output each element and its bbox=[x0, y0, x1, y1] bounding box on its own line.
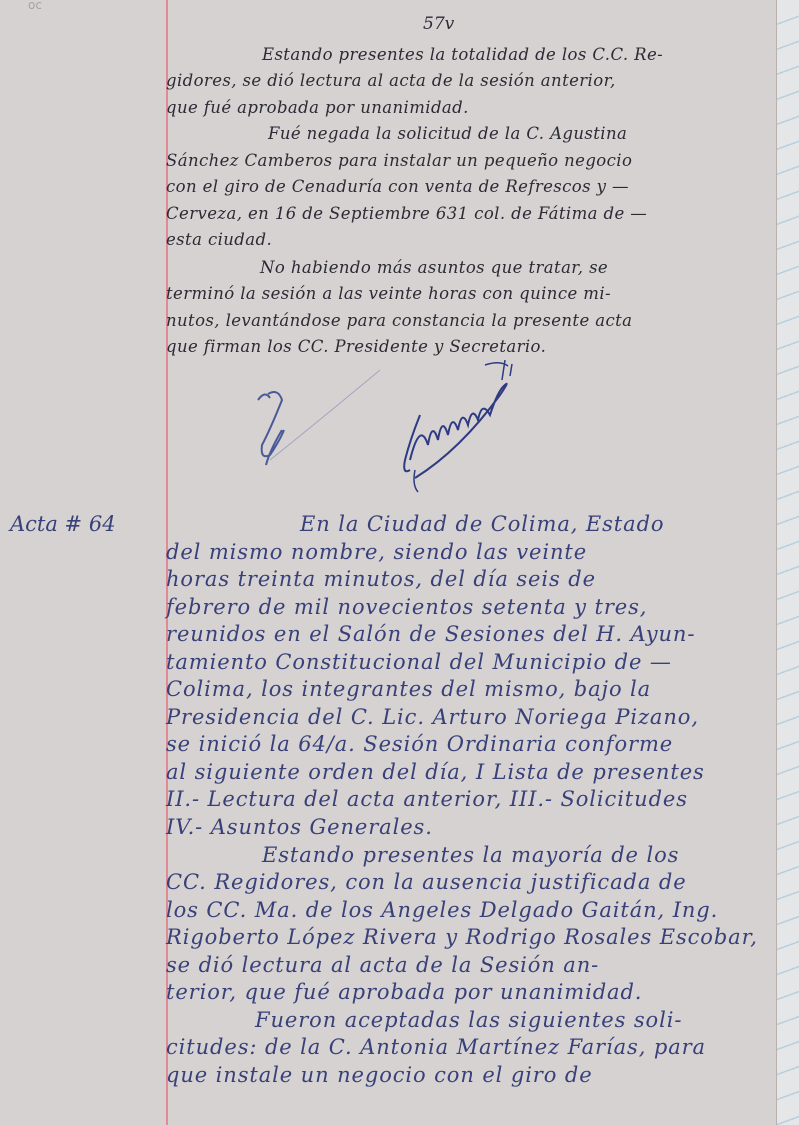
text-line: nutos, levantándose para constancia la p… bbox=[166, 311, 632, 330]
text-line: Fué negada la solicitud de la C. Agustin… bbox=[268, 124, 627, 143]
text-line: Colima, los integrantes del mismo, bajo … bbox=[166, 677, 651, 701]
text-line: que fué aprobada por unanimidad. bbox=[166, 98, 469, 117]
text-line: IV.- Asuntos Generales. bbox=[166, 815, 433, 839]
text-line: Estando presentes la mayoría de los bbox=[262, 843, 679, 867]
text-line: CC. Regidores, con la ausencia justifica… bbox=[166, 870, 687, 894]
text-line: los CC. Ma. de los Angeles Delgado Gaitá… bbox=[166, 898, 718, 922]
text-line: reunidos en el Salón de Sesiones del H. … bbox=[166, 622, 695, 646]
text-line: En la Ciudad de Colima, Estado bbox=[300, 512, 664, 536]
notebook-page: oc 57v Estando presentes la totalidad de… bbox=[0, 0, 777, 1125]
text-line: Rigoberto López Rivera y Rodrigo Rosales… bbox=[166, 925, 758, 949]
text-line: No habiendo más asuntos que tratar, se bbox=[260, 258, 608, 277]
text-line: al siguiente orden del día, I Lista de p… bbox=[166, 760, 705, 784]
signature-right bbox=[390, 360, 590, 510]
text-line: Sánchez Camberos para instalar un pequeñ… bbox=[166, 151, 632, 170]
text-line: Presidencia del C. Lic. Arturo Noriega P… bbox=[166, 705, 699, 729]
text-line: Estando presentes la totalidad de los C.… bbox=[262, 45, 663, 64]
text-line: II.- Lectura del acta anterior, III.- So… bbox=[166, 787, 688, 811]
text-line: Cerveza, en 16 de Septiembre 631 col. de… bbox=[166, 204, 647, 223]
text-line: terminó la sesión a las veinte horas con… bbox=[166, 284, 611, 303]
acta-label: Acta # 64 bbox=[10, 512, 116, 536]
text-line: febrero de mil novecientos setenta y tre… bbox=[166, 595, 647, 619]
text-line: que firman los CC. Presidente y Secretar… bbox=[166, 337, 546, 356]
text-line: del mismo nombre, siendo las veinte bbox=[166, 540, 587, 564]
text-line: tamiento Constitucional del Municipio de… bbox=[166, 650, 672, 674]
text-line: esta ciudad. bbox=[166, 230, 272, 249]
text-line: Fueron aceptadas las siguientes soli- bbox=[255, 1008, 682, 1032]
text-line: se dió lectura al acta de la Sesión an- bbox=[166, 953, 599, 977]
corner-mark: oc bbox=[28, 0, 42, 12]
text-line: citudes: de la C. Antonia Martínez Faría… bbox=[166, 1035, 706, 1059]
text-line: que instale un negocio con el giro de bbox=[166, 1063, 593, 1087]
text-line: terior, que fué aprobada por unanimidad. bbox=[166, 980, 642, 1004]
page-number: 57v bbox=[423, 14, 454, 34]
text-line: se inició la 64/a. Sesión Ordinaria conf… bbox=[166, 732, 673, 756]
text-line: gidores, se dió lectura al acta de la se… bbox=[166, 71, 616, 90]
underlying-page bbox=[777, 0, 799, 1125]
text-line: horas treinta minutos, del día seis de bbox=[166, 567, 596, 591]
text-line: con el giro de Cenaduría con venta de Re… bbox=[166, 177, 629, 196]
